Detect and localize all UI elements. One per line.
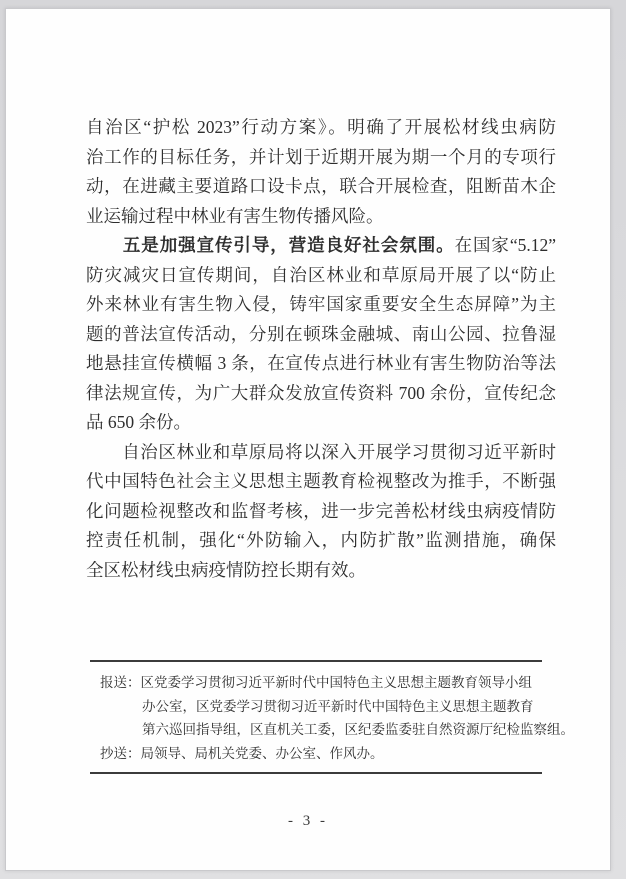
body-text: 自治区“护松 2023”行动方案》。明确了开展松材线虫病防治工作的目标任务，并计…	[86, 113, 556, 585]
body-line: 代中国特色社会主义思想主题教育检视整改为推手，不断强	[86, 467, 556, 497]
document-viewer: 自治区“护松 2023”行动方案》。明确了开展松材线虫病防治工作的目标任务，并计…	[0, 0, 626, 879]
body-segment: 品 650 余份。	[86, 412, 191, 432]
body-line: 控责任机制，强化“外防输入，内防扩散”监测措施，确保	[86, 526, 556, 556]
body-segment: 防灾减灾日宣传期间，自治区林业和草原局开展了以“防止	[86, 265, 556, 285]
notice-footer: 报送：区党委学习贯彻习近平新时代中国特色主义思想主题教育领导小组办公室，区党委学…	[90, 660, 542, 774]
footer-line: 第六巡回指导组，区直机关工委，区纪委监委驻自然资源厅纪检监察组。	[90, 718, 542, 742]
body-line: 自治区林业和草原局将以深入开展学习贯彻习近平新时	[86, 438, 556, 468]
body-line: 治工作的目标任务，并计划于近期开展为期一个月的专项行	[86, 143, 556, 173]
body-line: 律法规宣传，为广大群众发放宣传资料 700 余份，宣传纪念	[86, 379, 556, 409]
footer-rule-bottom	[90, 772, 542, 774]
body-line: 化问题检视整改和监督考核，进一步完善松材线虫病疫情防	[86, 497, 556, 527]
body-segment: 全区松材线虫病疫情防控长期有效。	[86, 560, 366, 580]
body-segment: 律法规宣传，为广大群众发放宣传资料 700 余份，宣传纪念	[86, 383, 556, 403]
body-segment: 题的普法宣传活动，分别在顿珠金融城、南山公园、拉鲁湿	[86, 324, 556, 344]
body-segment: 自治区林业和草原局将以深入开展学习贯彻习近平新时	[86, 442, 556, 462]
body-segment: 在国家“5.12”	[455, 235, 556, 255]
body-segment: 化问题检视整改和监督考核，进一步完善松材线虫病疫情防	[86, 501, 556, 521]
body-line: 自治区“护松 2023”行动方案》。明确了开展松材线虫病防	[86, 113, 556, 143]
body-segment	[86, 235, 123, 255]
body-bold-segment: 五是加强宣传引导，营造良好社会氛围。	[123, 235, 455, 255]
body-segment: 业运输过程中林业有害生物传播风险。	[86, 206, 384, 226]
page-number: - 3 -	[6, 813, 610, 830]
footer-line: 报送：区党委学习贯彻习近平新时代中国特色主义思想主题教育领导小组	[90, 671, 542, 695]
body-line: 外来林业有害生物入侵，铸牢国家重要安全生态屏障”为主	[86, 290, 556, 320]
document-page: 自治区“护松 2023”行动方案》。明确了开展松材线虫病防治工作的目标任务，并计…	[5, 8, 611, 871]
body-line: 全区松材线虫病疫情防控长期有效。	[86, 556, 556, 586]
footer-line: 抄送：局领导、局机关党委、办公室、作风办。	[90, 742, 542, 766]
body-line: 五是加强宣传引导，营造良好社会氛围。在国家“5.12”	[86, 231, 556, 261]
body-line: 题的普法宣传活动，分别在顿珠金融城、南山公园、拉鲁湿	[86, 320, 556, 350]
body-segment: 地悬挂宣传横幅 3 条，在宣传点进行林业有害生物防治等法	[86, 353, 556, 373]
body-segment: 治工作的目标任务，并计划于近期开展为期一个月的专项行	[86, 147, 556, 167]
footer-lines: 报送：区党委学习贯彻习近平新时代中国特色主义思想主题教育领导小组办公室，区党委学…	[90, 662, 542, 772]
body-segment: 自治区“护松 2023”行动方案》。明确了开展松材线虫病防	[86, 117, 556, 137]
body-segment: 动，在进藏主要道路口设卡点，联合开展检查，阻断苗木企	[86, 176, 556, 196]
body-segment: 控责任机制，强化“外防输入，内防扩散”监测措施，确保	[86, 530, 556, 550]
body-line: 地悬挂宣传横幅 3 条，在宣传点进行林业有害生物防治等法	[86, 349, 556, 379]
body-line: 动，在进藏主要道路口设卡点，联合开展检查，阻断苗木企	[86, 172, 556, 202]
body-segment: 代中国特色社会主义思想主题教育检视整改为推手，不断强	[86, 471, 556, 491]
body-line: 品 650 余份。	[86, 408, 556, 438]
body-line: 业运输过程中林业有害生物传播风险。	[86, 202, 556, 232]
body-segment: 外来林业有害生物入侵，铸牢国家重要安全生态屏障”为主	[86, 294, 556, 314]
body-line: 防灾减灾日宣传期间，自治区林业和草原局开展了以“防止	[86, 261, 556, 291]
footer-line: 办公室，区党委学习贯彻习近平新时代中国特色主义思想主题教育	[90, 695, 542, 719]
